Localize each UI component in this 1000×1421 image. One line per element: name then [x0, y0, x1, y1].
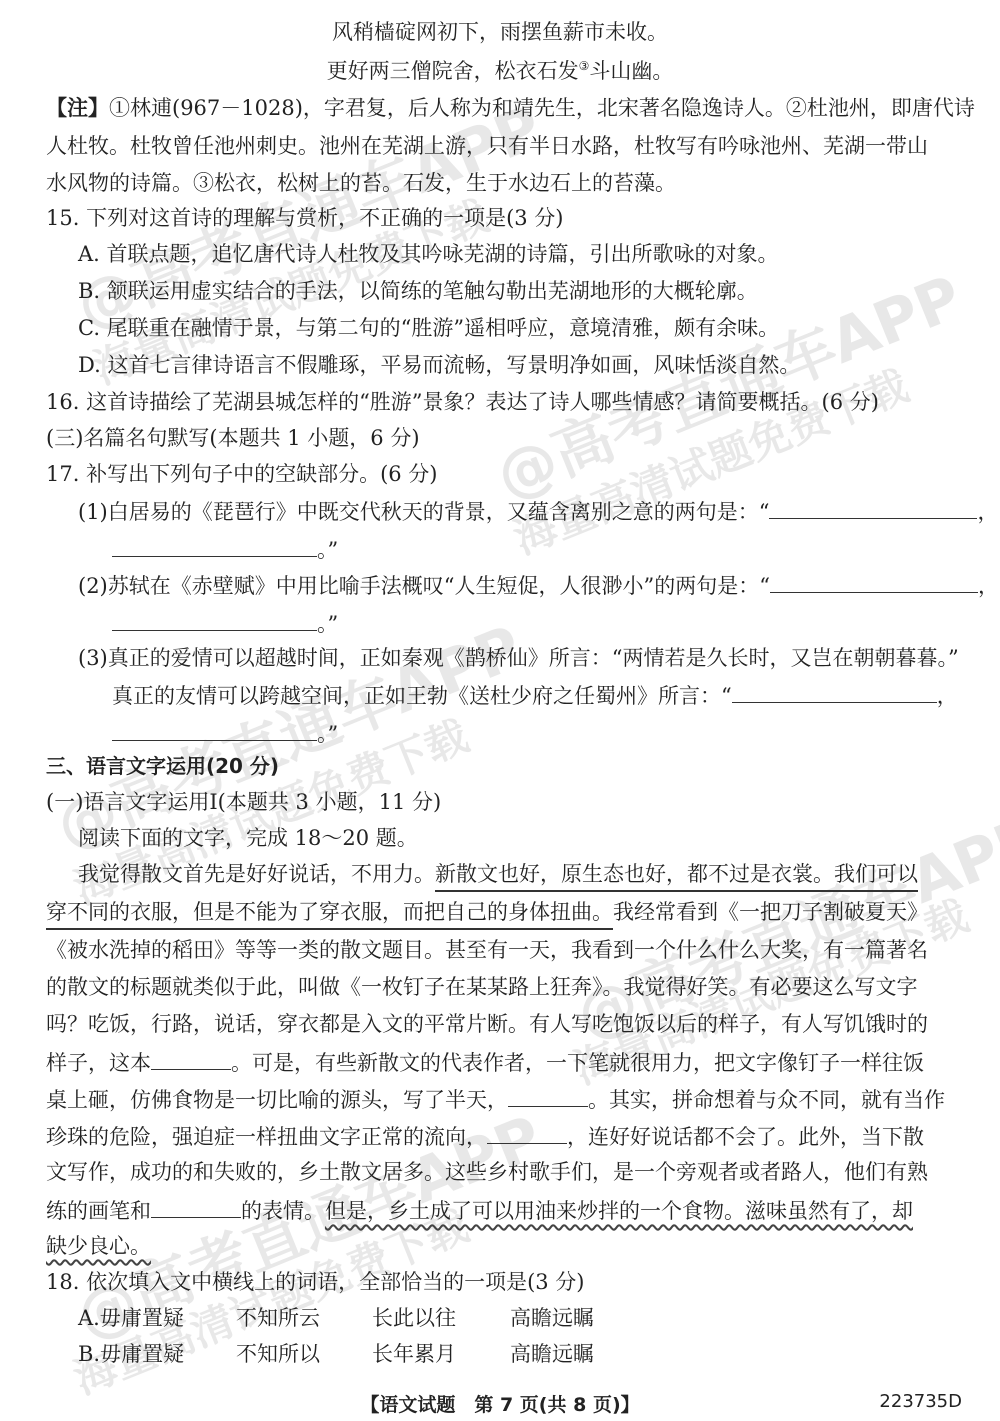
- question-15-option-b: B. 颔联运用虚实结合的手法，以简练的笔触勾勒出芜湖地形的大概轮廓。: [78, 281, 758, 302]
- passage-line: 吗？吃饭，行路，说话，穿衣都是入文的平常片断。有人写吃饱饭以后的样子，有人写饥饿…: [46, 1014, 928, 1035]
- answer-blank[interactable]: [769, 500, 977, 519]
- watermark: 海量高清试题免费下载: [64, 1194, 476, 1407]
- question-17-part-2-cont: 。”: [112, 612, 338, 635]
- option-label: A.: [78, 1308, 100, 1329]
- note-text: ①林逋(967－1028)，字君复，后人称为和靖先生，北宋著名隐逸诗人。②杜池州…: [109, 96, 975, 120]
- answer-blank[interactable]: [112, 538, 317, 557]
- punct: 。”: [317, 612, 338, 636]
- option-label: B.: [78, 1344, 100, 1365]
- prompt-text: 真正的友情可以跨越空间，正如王勃《送杜少府之任蜀州》所言：“: [112, 684, 732, 708]
- note-line: 水风物的诗篇。③松衣，松树上的苔。石发，生于水边石上的苔藻。: [46, 173, 676, 194]
- option-word: 高瞻远瞩: [510, 1344, 594, 1365]
- note-line: 【注】①林逋(967－1028)，字君复，后人称为和靖先生，北宋著名隐逸诗人。②…: [46, 98, 975, 119]
- option-word: 长此以往: [372, 1308, 510, 1329]
- answer-blank[interactable]: [112, 612, 317, 631]
- instruction: 阅读下面的文字，完成 18～20 题。: [78, 828, 418, 849]
- question-15-stem: 15. 下列对这首诗的理解与赏析，不正确的一项是(3 分): [46, 208, 564, 229]
- option-word: 不知所以: [236, 1344, 372, 1365]
- poem-text: 更好两三僧院舍，松衣石发: [327, 59, 579, 83]
- passage-line: 桌上砸，仿佛食物是一切比喻的源头，写了半天，。其实，拼命想着与众不同，就有当作: [46, 1088, 945, 1111]
- punct: ，: [978, 574, 999, 598]
- question-15-option-a: A. 首联点题，追忆唐代诗人杜牧及其吟咏芜湖的诗篇，引出所歌咏的对象。: [78, 244, 779, 265]
- underlined-text: 穿不同的衣服，但是不能为了穿衣服，而把自己的身体扭曲。: [46, 900, 613, 930]
- question-18-option-b: B.毋庸置疑不知所以长年累月高瞻远瞩: [78, 1344, 594, 1365]
- answer-blank[interactable]: [732, 684, 937, 703]
- question-17-stem: 17. 补写出下列句子中的空缺部分。(6 分): [46, 464, 438, 485]
- prompt-text: (1)白居易的《琵琶行》中既交代秋天的背景，又蕴含离别之意的两句是：“: [78, 500, 769, 524]
- footnote-marker: ③: [579, 59, 590, 73]
- passage-line: 我觉得散文首先是好好说话，不用力。新散文也好，原生态也好，都不过是衣裳。我们可以: [78, 864, 918, 885]
- note-line: 人杜牧。杜牧曾任池州刺史。池州在芜湖上游，只有半日水路，杜牧写有吟咏池州、芜湖一…: [46, 136, 928, 157]
- question-17-part-1: (1)白居易的《琵琶行》中既交代秋天的背景，又蕴含离别之意的两句是：“，: [78, 500, 998, 523]
- part-heading: 三、语言文字运用(20 分): [46, 756, 279, 776]
- passage-text: 我经常看到《一把刀子割破夏天》: [613, 900, 928, 924]
- page-footer: 【语文试题 第 7 页(共 8 页)】: [0, 1390, 1000, 1417]
- passage-text: 珍珠的危险，强迫症一样扭曲文字正常的流向，: [46, 1125, 487, 1149]
- option-word: 毋庸置疑: [100, 1344, 184, 1365]
- passage-line: 样子，这本。可是，有些新散文的代表作者，一下笔就很用力，把文字像钉子一样往饭: [46, 1051, 924, 1074]
- question-16-stem: 16. 这首诗描绘了芜湖县城怎样的“胜游”景象？表达了诗人哪些情感？请简要概括。…: [46, 392, 879, 413]
- punct: 。”: [317, 538, 338, 562]
- passage-line: 的散文的标题就类似于此，叫做《一枚钉子在某某路上狂奔》。我觉得好笑。有必要这么写…: [46, 977, 918, 998]
- fill-blank-3[interactable]: [487, 1125, 567, 1144]
- question-17-part-1-cont: 。”: [112, 538, 338, 561]
- answer-blank[interactable]: [770, 574, 978, 593]
- passage-text: ，连好好说话都不会了。此外，当下散: [567, 1125, 924, 1149]
- passage-text: 样子，这本: [46, 1051, 151, 1075]
- question-18-stem: 18. 依次填入文中横线上的词语，全部恰当的一项是(3 分): [46, 1272, 585, 1293]
- passage-text: 的表情。: [241, 1199, 325, 1223]
- poem-text: 斗山幽。: [589, 59, 673, 83]
- punct: ，: [977, 500, 998, 524]
- passage-text: 我觉得散文首先是好好说话，不用力。: [78, 862, 435, 886]
- section-heading: (三)名篇名句默写(本题共 1 小题，6 分): [46, 428, 420, 449]
- question-18-option-a: A.毋庸置疑不知所云长此以往高瞻远瞩: [78, 1308, 594, 1329]
- note-label: 【注】: [46, 96, 109, 120]
- fill-blank-4[interactable]: [151, 1199, 241, 1218]
- passage-text: 。其实，拼命想着与众不同，就有当作: [588, 1088, 945, 1112]
- exam-code: 223735D: [879, 1391, 962, 1412]
- passage-text: 练的画笔和: [46, 1199, 151, 1223]
- option-word: 长年累月: [372, 1344, 510, 1365]
- watermark: 海量高清试题免费下载: [504, 354, 916, 567]
- passage-line: 珍珠的危险，强迫症一样扭曲文字正常的流向，，连好好说话都不会了。此外，当下散: [46, 1125, 924, 1148]
- punct: 。”: [317, 722, 338, 746]
- question-17-part-2: (2)苏轼在《赤壁赋》中用比喻手法概叹“人生短促，人很渺小”的两句是：“，: [78, 574, 999, 597]
- option-word: 毋庸置疑: [100, 1308, 184, 1329]
- fill-blank-2[interactable]: [508, 1088, 588, 1107]
- question-17-part-3-cont: 真正的友情可以跨越空间，正如王勃《送杜少府之任蜀州》所言：“，: [112, 684, 958, 707]
- passage-line: 练的画笔和的表情。但是，乡土成了可以用油来炒拌的一个食物。滋味虽然有了，却: [46, 1199, 913, 1222]
- poem-line: 风稍樯碇网初下，雨摆鱼薪市未收。: [0, 22, 1000, 43]
- fill-blank-1[interactable]: [151, 1051, 231, 1070]
- answer-blank[interactable]: [112, 722, 317, 741]
- option-word: 高瞻远瞩: [510, 1308, 594, 1329]
- subsection-heading: (一)语言文字运用Ⅰ(本题共 3 小题，11 分): [46, 792, 441, 813]
- underlined-text: 新散文也好，原生态也好，都不过是衣裳。我们可以: [435, 862, 918, 892]
- passage-line: 文写作，成功的和失败的，乡土散文居多。这些乡村歌手们，是一个旁观者或者路人，他们…: [46, 1162, 928, 1183]
- question-17-part-3: (3)真正的爱情可以超越时间，正如秦观《鹊桥仙》所言：“两情若是久长时，又岂在朝…: [78, 648, 959, 669]
- option-word: 不知所云: [236, 1308, 372, 1329]
- wavy-underlined-text: 缺少良心。: [46, 1234, 151, 1258]
- passage-line: 缺少良心。: [46, 1236, 151, 1257]
- passage-line: 《被水洗掉的稻田》等等一类的散文题目。甚至有一天，我看到一个什么什么大奖，有一篇…: [46, 940, 928, 961]
- passage-text: 。可是，有些新散文的代表作者，一下笔就很用力，把文字像钉子一样往饭: [231, 1051, 924, 1075]
- question-15-option-c: C. 尾联重在融情于景，与第二句的“胜游”遥相呼应，意境清雅，颇有余味。: [78, 318, 779, 339]
- question-17-part-3-end: 。”: [112, 722, 338, 745]
- wavy-underlined-text: 但是，乡土成了可以用油来炒拌的一个食物。滋味虽然有了，却: [325, 1199, 913, 1223]
- question-15-option-d: D. 这首七言律诗语言不假雕琢，平易而流畅，写景明净如画，风味恬淡自然。: [78, 355, 800, 376]
- poem-line: 更好两三僧院舍，松衣石发③斗山幽。: [0, 60, 1000, 82]
- passage-line: 穿不同的衣服，但是不能为了穿衣服，而把自己的身体扭曲。我经常看到《一把刀子割破夏…: [46, 902, 928, 923]
- prompt-text: (2)苏轼在《赤壁赋》中用比喻手法概叹“人生短促，人很渺小”的两句是：“: [78, 574, 770, 598]
- passage-text: 桌上砸，仿佛食物是一切比喻的源头，写了半天，: [46, 1088, 508, 1112]
- punct: ，: [937, 684, 958, 708]
